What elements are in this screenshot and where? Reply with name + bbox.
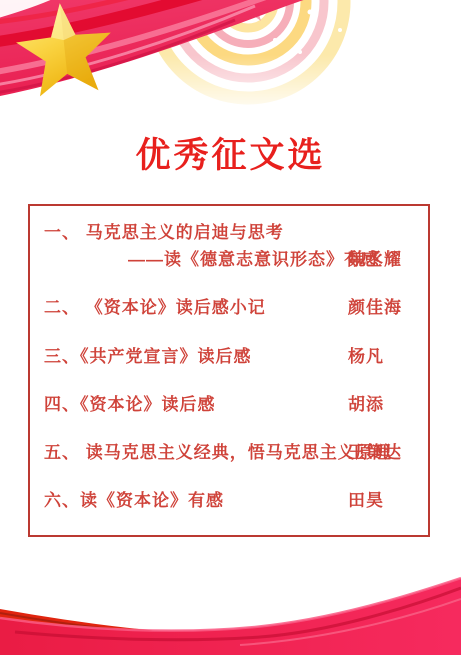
toc-item-text: 五、 读马克思主义经典，悟马克思主义原理 <box>44 438 392 463</box>
toc-item-author: 颜佳海 <box>348 293 402 318</box>
document-page: 优秀征文选 一、 马克思主义的启迪与思考 ——读《德意志意识形态》有感 魏丞耀 … <box>0 0 461 655</box>
toc-item-author: 魏丞耀 <box>348 245 402 270</box>
toc-item-4: 四、《资本论》读后感 胡添 <box>30 390 428 412</box>
toc-item-1-title: 一、 马克思主义的启迪与思考 <box>30 218 428 240</box>
top-banner-decoration <box>0 0 461 115</box>
gold-star-icon <box>10 0 122 104</box>
toc-item-1-subtitle: ——读《德意志意识形态》有感 魏丞耀 <box>30 245 428 267</box>
toc-item-subtitle-text: ——读《德意志意识形态》有感 <box>128 245 380 270</box>
toc-box: 一、 马克思主义的启迪与思考 ——读《德意志意识形态》有感 魏丞耀 二、 《资本… <box>28 204 430 537</box>
toc-item-2: 二、 《资本论》读后感小记 颜佳海 <box>30 293 428 315</box>
bottom-wave-decoration <box>0 575 461 655</box>
toc-item-author: 杨凡 <box>348 342 384 367</box>
toc-item-3: 三、《共产党宣言》读后感 杨凡 <box>30 342 428 364</box>
toc-item-6: 六、读《资本论》有感 田昊 <box>30 486 428 508</box>
toc-item-text: 三、《共产党宣言》读后感 <box>44 342 252 367</box>
wave-graphic <box>0 575 461 655</box>
toc-item-author: 田昊 <box>348 486 384 511</box>
toc-item-text: 二、 《资本论》读后感小记 <box>44 293 266 318</box>
toc-item-text: 四、《资本论》读后感 <box>44 390 216 415</box>
toc-item-text: 六、读《资本论》有感 <box>44 486 224 511</box>
toc-item-text: 一、 马克思主义的启迪与思考 <box>44 218 284 243</box>
page-title: 优秀征文选 <box>0 128 461 178</box>
toc-item-author: 王第达 <box>348 438 402 463</box>
toc-item-5: 五、 读马克思主义经典，悟马克思主义原理 王第达 <box>30 438 428 460</box>
toc-item-author: 胡添 <box>348 390 384 415</box>
